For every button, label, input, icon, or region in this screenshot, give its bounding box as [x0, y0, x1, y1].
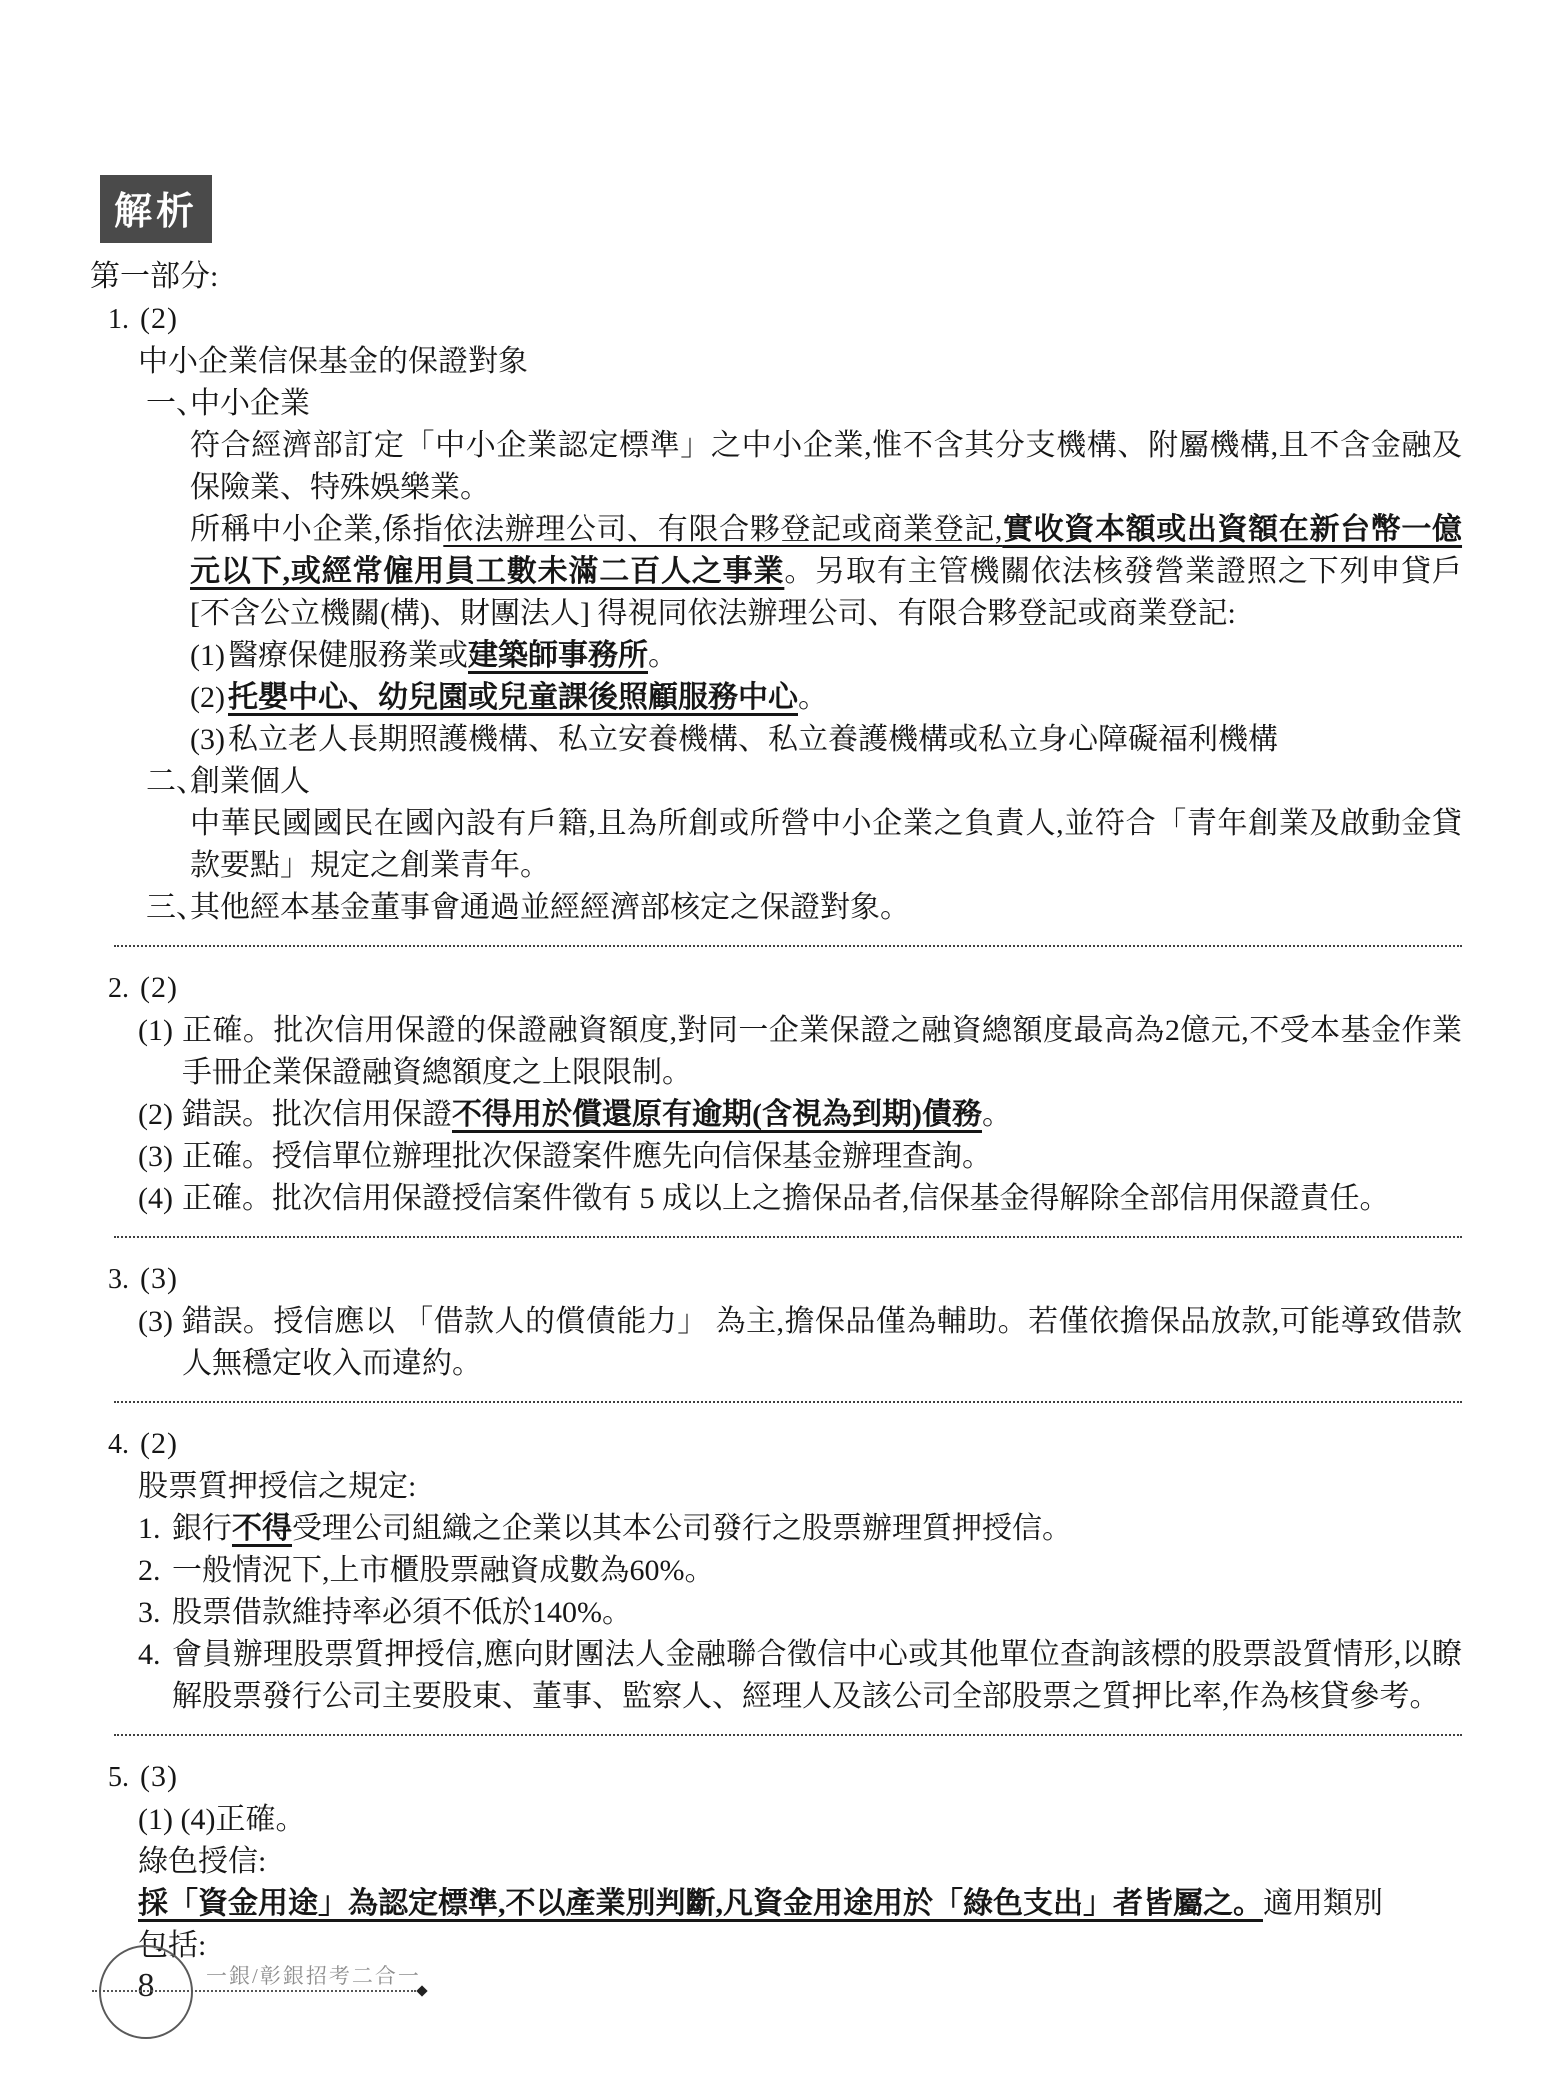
- list-marker: (2): [138, 1094, 182, 1136]
- question-1-head: 1. (2): [90, 298, 1462, 341]
- list-item: (3) 錯誤。授信應以 「借款人的償債能力」 為主,擔保品僅為輔助。若僅依擔保品…: [138, 1301, 1462, 1385]
- question-number: 1.: [108, 299, 140, 341]
- bold-underlined-segment: 托嬰中心、幼兒園或兒童課後照顧服務中心: [228, 681, 798, 714]
- list-item: 3. 股票借款維持率必須不低於140%。: [138, 1592, 1462, 1634]
- list-item-text: 正確。批次信用保證的保證融資額度,對同一企業保證之融資總額度最高為2億元,不受本…: [182, 1010, 1462, 1094]
- dotted-separator: [114, 1236, 1462, 1238]
- q5-line-2: 綠色授信:: [138, 1841, 1462, 1883]
- list-item: (3) 私立老人長期照護機構、私立安養機構、私立養護機構或私立身心障礙福利機構: [190, 719, 1462, 761]
- list-marker: 1.: [138, 1508, 172, 1550]
- list-item-text: 股票借款維持率必須不低於140%。: [172, 1592, 1462, 1634]
- question-4: 4. (2) 股票質押授信之規定: 1. 銀行不得受理公司組織之企業以其本公司發…: [90, 1423, 1462, 1718]
- list-marker: (2): [190, 677, 228, 719]
- list-item: (4) 正確。批次信用保證授信案件徵有 5 成以上之擔保品者,信保基金得解除全部…: [138, 1178, 1462, 1220]
- list-marker: (3): [138, 1301, 182, 1385]
- list-item: (2) 錯誤。批次信用保證不得用於償還原有逾期(含視為到期)債務。: [138, 1094, 1462, 1136]
- list-item: (1) 正確。批次信用保證的保證融資額度,對同一企業保證之融資總額度最高為2億元…: [138, 1010, 1462, 1094]
- question-3-head: 3. (3): [90, 1258, 1462, 1301]
- list-item: (2) 托嬰中心、幼兒園或兒童課後照顧服務中心。: [190, 677, 1462, 719]
- list-item: (1) 醫療保健服務業或建築師事務所。: [190, 635, 1462, 677]
- q5-line-3: 採「資金用途」為認定標準,不以產業別判斷,凡資金用途用於「綠色支出」者皆屬之。適…: [138, 1883, 1462, 1925]
- part-label: 第一部分:: [90, 256, 1462, 298]
- page-content: 第一部分: 1. (2) 中小企業信保基金的保證對象 一、 中小企業 符合經濟部…: [90, 256, 1462, 1967]
- list-item-text: 銀行不得受理公司組織之企業以其本公司發行之股票辦理質押授信。: [172, 1508, 1462, 1550]
- text-segment: 受理公司組織之企業以其本公司發行之股票辦理質押授信。: [292, 1512, 1072, 1545]
- q1-topic-line: 中小企業信保基金的保證對象: [138, 341, 1462, 383]
- question-number: 4.: [108, 1424, 140, 1466]
- question-2-head: 2. (2): [90, 967, 1462, 1010]
- list-item-text: 會員辦理股票質押授信,應向財團法人金融聯合徵信中心或其他單位查詢該標的股票設質情…: [172, 1634, 1462, 1718]
- question-5-body: (1) (4)正確。 綠色授信: 採「資金用途」為認定標準,不以產業別判斷,凡資…: [138, 1799, 1462, 1967]
- question-2: 2. (2) (1) 正確。批次信用保證的保證融資額度,對同一企業保證之融資總額…: [90, 967, 1462, 1220]
- q4-intro-line: 股票質押授信之規定:: [138, 1466, 1462, 1508]
- question-1: 1. (2) 中小企業信保基金的保證對象 一、 中小企業 符合經濟部訂定「中小企…: [90, 298, 1462, 929]
- text-segment: 。: [648, 639, 678, 672]
- list-marker: (3): [138, 1136, 182, 1178]
- text-segment: 適用類別: [1263, 1887, 1383, 1920]
- question-4-head: 4. (2): [90, 1423, 1462, 1466]
- underlined-segment: 依法辦理公司、有限合夥登記或商業登記,: [443, 513, 1002, 546]
- list-item-text: 錯誤。授信應以 「借款人的償債能力」 為主,擔保品僅為輔助。若僅依擔保品放款,可…: [182, 1301, 1462, 1385]
- list-marker: 4.: [138, 1634, 172, 1718]
- subsection-title: 中小企業: [190, 383, 1462, 425]
- list-marker: 3.: [138, 1592, 172, 1634]
- list-marker: (1): [190, 635, 228, 677]
- footer-dotted-rule: [92, 1990, 416, 1992]
- question-2-body: (1) 正確。批次信用保證的保證融資額度,對同一企業保證之融資總額度最高為2億元…: [138, 1010, 1462, 1220]
- list-item: 4. 會員辦理股票質押授信,應向財團法人金融聯合徵信中心或其他單位查詢該標的股票…: [138, 1634, 1462, 1718]
- subsection-text: 其他經本基金董事會通過並經經濟部核定之保證對象。: [190, 887, 1462, 929]
- list-item-text: 正確。批次信用保證授信案件徵有 5 成以上之擔保品者,信保基金得解除全部信用保證…: [182, 1178, 1462, 1220]
- dotted-separator: [114, 1734, 1462, 1736]
- subsection-label: 一、: [146, 383, 190, 425]
- analysis-section-badge: 解析: [100, 175, 212, 243]
- question-answer: (2): [140, 298, 178, 340]
- text-segment: 錯誤。批次信用保證: [182, 1098, 452, 1131]
- page-number-circle: 8: [99, 1945, 193, 2039]
- subsection-title: 創業個人: [190, 761, 1462, 803]
- list-marker: 2.: [138, 1550, 172, 1592]
- bold-underlined-segment: 不得用於償還原有逾期(含視為到期)債務: [452, 1098, 982, 1131]
- list-item: (3) 正確。授信單位辦理批次保證案件應先向信保基金辦理查詢。: [138, 1136, 1462, 1178]
- q5-line-1: (1) (4)正確。: [138, 1799, 1462, 1841]
- question-4-body: 股票質押授信之規定: 1. 銀行不得受理公司組織之企業以其本公司發行之股票辦理質…: [138, 1466, 1462, 1718]
- text-segment: 醫療保健服務業或: [228, 639, 468, 672]
- question-3: 3. (3) (3) 錯誤。授信應以 「借款人的償債能力」 為主,擔保品僅為輔助…: [90, 1258, 1462, 1385]
- list-item-text: 托嬰中心、幼兒園或兒童課後照顧服務中心。: [228, 677, 1462, 719]
- list-item-text: 一般情況下,上市櫃股票融資成數為60%。: [172, 1550, 1462, 1592]
- text-segment: 。: [798, 681, 828, 714]
- bold-underlined-segment: 不得: [232, 1512, 292, 1545]
- q1-subsection-3-head: 三、 其他經本基金董事會通過並經經濟部核定之保證對象。: [146, 887, 1462, 929]
- list-marker: (3): [190, 719, 228, 761]
- bold-underlined-segment: 建築師事務所: [468, 639, 648, 672]
- dotted-separator: [114, 1401, 1462, 1403]
- page-footer: 8 一銀/彰銀招考二合一: [0, 1945, 1544, 2075]
- q1-s1-paragraph-2: 所稱中小企業,係指依法辦理公司、有限合夥登記或商業登記,實收資本額或出資額在新台…: [190, 509, 1462, 635]
- q1-s2-paragraph: 中華民國國民在國內設有戶籍,且為所創或所營中小企業之負責人,並符合「青年創業及啟…: [190, 803, 1462, 887]
- dotted-separator: [114, 945, 1462, 947]
- question-5: 5. (3) (1) (4)正確。 綠色授信: 採「資金用途」為認定標準,不以產…: [90, 1756, 1462, 1967]
- question-answer: (2): [140, 967, 178, 1009]
- list-item-text: 正確。授信單位辦理批次保證案件應先向信保基金辦理查詢。: [182, 1136, 1462, 1178]
- subsection-label: 三、: [146, 887, 190, 929]
- list-item-text: 私立老人長期照護機構、私立安養機構、私立養護機構或私立身心障礙福利機構: [228, 719, 1462, 761]
- list-item-text: 錯誤。批次信用保證不得用於償還原有逾期(含視為到期)債務。: [182, 1094, 1462, 1136]
- text-segment: 銀行: [172, 1512, 232, 1545]
- scanned-document-page: 解析 第一部分: 1. (2) 中小企業信保基金的保證對象 一、 中小企業 符合…: [0, 0, 1544, 2095]
- footer-book-title: 一銀/彰銀招考二合一: [206, 1960, 421, 1990]
- question-number: 2.: [108, 968, 140, 1010]
- list-marker: (4): [138, 1178, 182, 1220]
- question-number: 3.: [108, 1259, 140, 1301]
- question-answer: (3): [140, 1258, 178, 1300]
- q1-subsection-1-head: 一、 中小企業: [146, 383, 1462, 425]
- question-3-body: (3) 錯誤。授信應以 「借款人的償債能力」 為主,擔保品僅為輔助。若僅依擔保品…: [138, 1301, 1462, 1385]
- list-item: 1. 銀行不得受理公司組織之企業以其本公司發行之股票辦理質押授信。: [138, 1508, 1462, 1550]
- text-segment: 。: [982, 1098, 1012, 1131]
- question-1-body: 中小企業信保基金的保證對象 一、 中小企業 符合經濟部訂定「中小企業認定標準」之…: [138, 341, 1462, 929]
- q1-subsection-2-head: 二、 創業個人: [146, 761, 1462, 803]
- text-segment: 所稱中小企業,係指: [190, 513, 443, 546]
- question-5-head: 5. (3): [90, 1756, 1462, 1799]
- list-marker: (1): [138, 1010, 182, 1094]
- question-answer: (2): [140, 1423, 178, 1465]
- list-item: 2. 一般情況下,上市櫃股票融資成數為60%。: [138, 1550, 1462, 1592]
- q1-s1-paragraph-1: 符合經濟部訂定「中小企業認定標準」之中小企業,惟不含其分支機構、附屬機構,且不含…: [190, 425, 1462, 509]
- bold-underlined-segment: 採「資金用途」為認定標準,不以產業別判斷,凡資金用途用於「綠色支出」者皆屬之。: [138, 1887, 1263, 1920]
- question-answer: (3): [140, 1756, 178, 1798]
- list-item-text: 醫療保健服務業或建築師事務所。: [228, 635, 1462, 677]
- page-number: 8: [138, 1967, 155, 2005]
- question-number: 5.: [108, 1757, 140, 1799]
- subsection-label: 二、: [146, 761, 190, 803]
- q1-sublist: (1) 醫療保健服務業或建築師事務所。 (2) 托嬰中心、幼兒園或兒童課後照顧服…: [190, 635, 1462, 761]
